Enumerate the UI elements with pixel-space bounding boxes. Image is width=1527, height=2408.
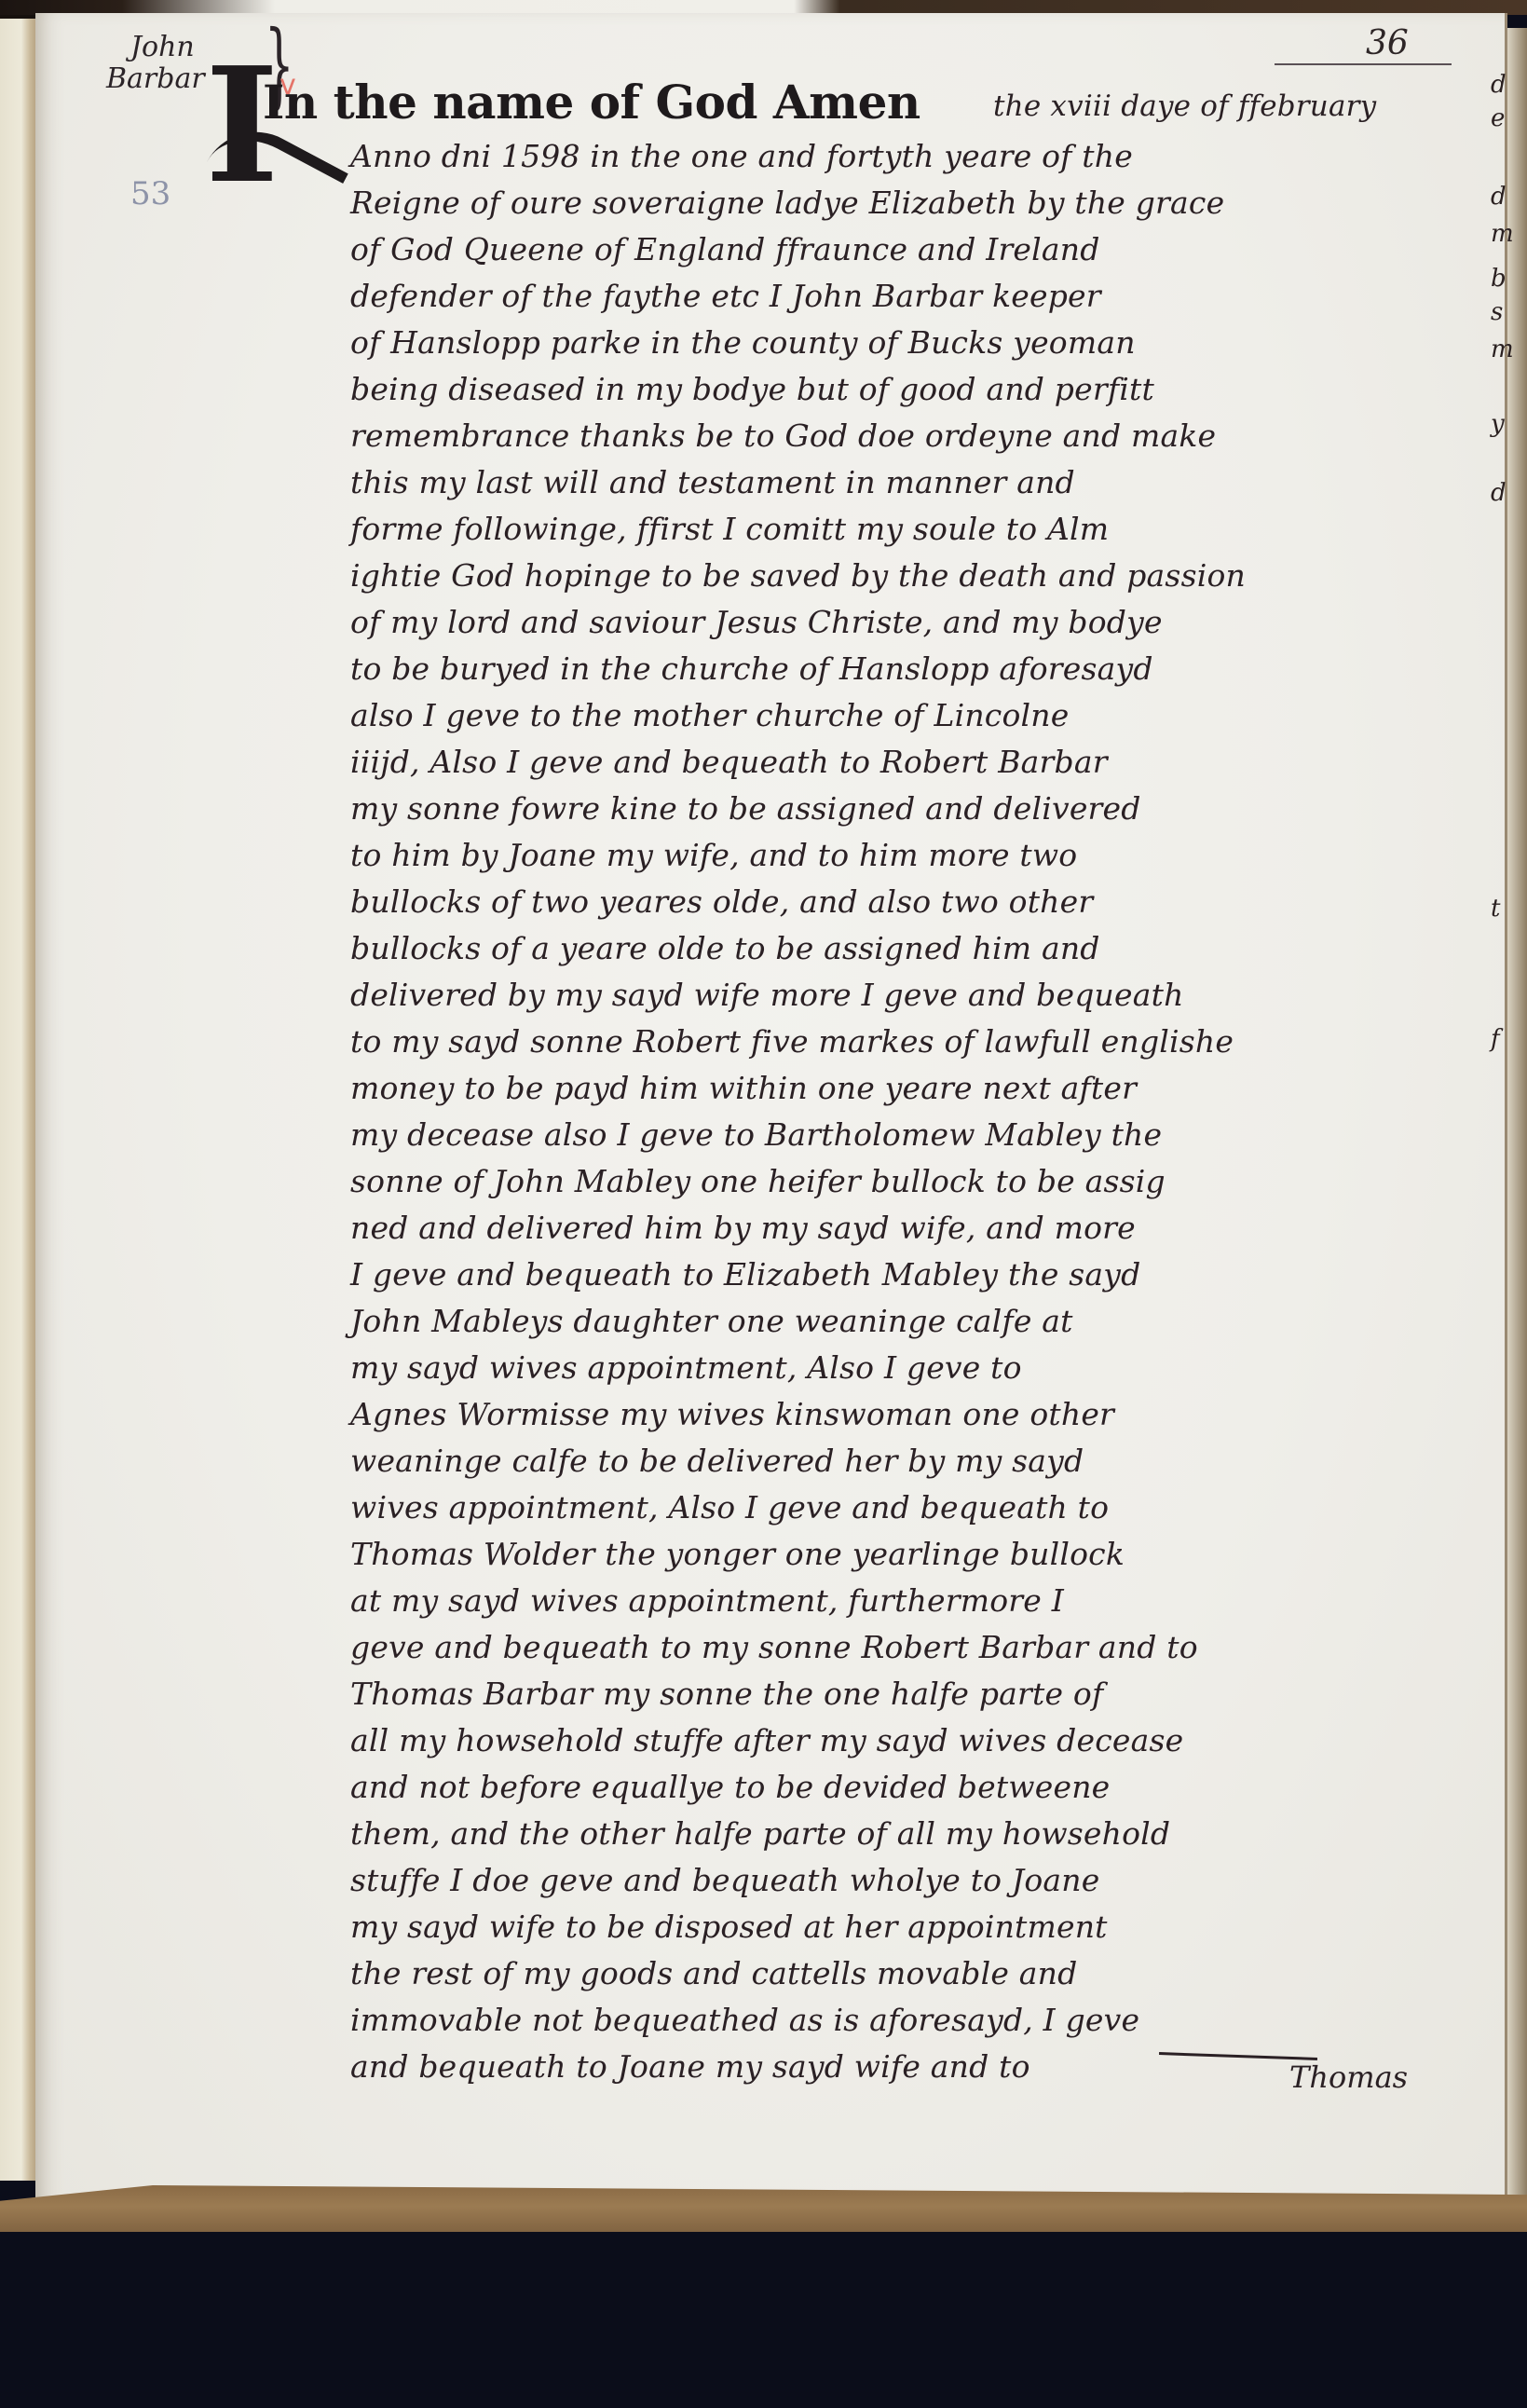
text-line: I geve and bequeath to Elizabeth Mabley … <box>350 1256 1140 1293</box>
text-line: of Hanslopp parke in the county of Bucks… <box>350 324 1136 361</box>
text-line: and not before equallye to be devided be… <box>350 1769 1110 1805</box>
edge-glyph: d <box>1491 479 1507 507</box>
text-line: iiijd, Also I geve and bequeath to Rober… <box>350 744 1108 780</box>
text-line: also I geve to the mother churche of Lin… <box>350 697 1069 733</box>
text-line: John Mableys daughter one weaninge calfe… <box>350 1303 1073 1339</box>
edge-glyph: s <box>1491 298 1503 326</box>
text-line: bullocks of two yeares olde, and also tw… <box>350 883 1093 920</box>
text-line: and bequeath to Joane my sayd wife and t… <box>350 2048 1030 2085</box>
text-line: my sonne fowre kine to be assigned and d… <box>350 790 1141 827</box>
text-line: to be buryed in the churche of Hanslopp … <box>350 650 1153 687</box>
text-line: delivered by my sayd wife more I geve an… <box>350 977 1184 1013</box>
text-line: at my sayd wives appointment, furthermor… <box>350 1582 1064 1619</box>
text-line: Thomas Wolder the yonger one yearlinge b… <box>350 1536 1125 1572</box>
text-line: weaninge calfe to be delivered her by my… <box>350 1443 1084 1479</box>
edge-glyph: d <box>1491 71 1507 99</box>
text-line: Reigne of oure soveraigne ladye Elizabet… <box>350 185 1224 221</box>
text-line: immovable not bequeathed as is aforesayd… <box>350 2002 1139 2038</box>
text-line: sonne of John Mabley one heifer bullock … <box>350 1163 1166 1199</box>
text-line: remembrance thanks be to God doe ordeyne… <box>350 417 1216 454</box>
text-line: ightie God hopinge to be saved by the de… <box>350 557 1246 594</box>
text-line: my sayd wives appointment, Also I geve t… <box>350 1349 1022 1386</box>
old-folio-number: 53 <box>130 175 170 212</box>
text-line: Anno dni 1598 in the one and fortyth yea… <box>350 138 1133 174</box>
text-line: to him by Joane my wife, and to him more… <box>350 837 1077 873</box>
photo-background-bottom <box>0 2232 1527 2408</box>
text-line: money to be payd him within one yeare ne… <box>350 1070 1137 1106</box>
edge-glyph: f <box>1491 1025 1500 1053</box>
edge-glyph: y <box>1491 410 1505 438</box>
text-line: all my howsehold stuffe after my sayd wi… <box>350 1722 1183 1758</box>
previous-leaf-gutter <box>0 19 35 2181</box>
edge-glyph: b <box>1491 265 1507 293</box>
text-line: them, and the other halfe parte of all m… <box>350 1815 1170 1852</box>
text-line: of my lord and saviour Jesus Christe, an… <box>350 604 1163 640</box>
text-line: Agnes Wormisse my wives kinswoman one ot… <box>350 1396 1114 1432</box>
text-line: the xviii daye of ffebruary <box>993 89 1376 123</box>
text-line: forme followinge, ffirst I comitt my sou… <box>350 511 1109 547</box>
will-heading: In the name of God Amen <box>263 75 920 130</box>
edge-glyph: m <box>1491 220 1514 248</box>
text-line: of God Queene of England ffraunce and Ir… <box>350 231 1100 267</box>
text-line: this my last will and testament in manne… <box>350 464 1075 500</box>
text-line: defender of the faythe etc I John Barbar… <box>350 278 1101 314</box>
edge-glyph: d <box>1491 183 1507 211</box>
edge-glyph: m <box>1491 335 1514 363</box>
text-line: geve and bequeath to my sonne Robert Bar… <box>350 1629 1198 1665</box>
text-line: bullocks of a yeare olde to be assigned … <box>350 930 1100 966</box>
text-line: being diseased in my bodye but of good a… <box>350 371 1154 407</box>
text-line: my decease also I geve to Bartholomew Ma… <box>350 1116 1162 1153</box>
catchword: Thomas <box>1289 2059 1408 2095</box>
folio-number: 36 <box>1366 24 1409 62</box>
folio-underline <box>1275 63 1452 65</box>
text-line: Thomas Barbar my sonne the one halfe par… <box>350 1676 1103 1712</box>
text-line: stuffe I doe geve and bequeath wholye to… <box>350 1862 1100 1898</box>
text-line: ned and delivered him by my sayd wife, a… <box>350 1210 1136 1246</box>
text-line: to my sayd sonne Robert five markes of l… <box>350 1023 1234 1060</box>
text-line: wives appointment, Also I geve and beque… <box>350 1489 1109 1526</box>
text-line: the rest of my goods and cattells movabl… <box>350 1955 1077 1991</box>
text-line: my sayd wife to be disposed at her appoi… <box>350 1909 1108 1945</box>
edge-glyph: e <box>1491 104 1505 132</box>
edge-glyph: t <box>1491 895 1500 923</box>
